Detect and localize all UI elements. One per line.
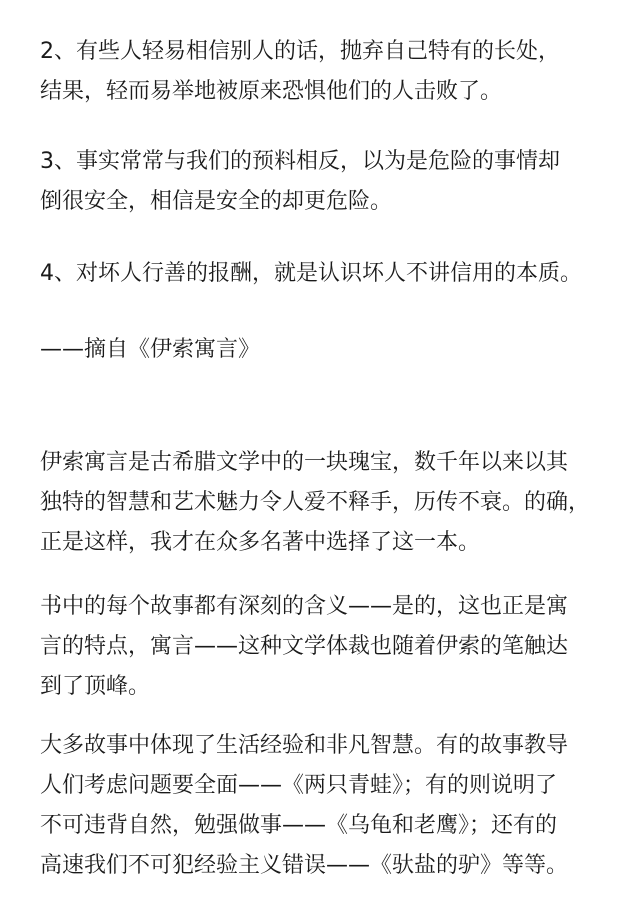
text-line: 2、有些人轻易相信别人的话，抛弃自己特有的长处， — [40, 32, 620, 72]
attribution: ——摘自《伊索寓言》 — [40, 330, 620, 370]
text-line: 大多故事中体现了生活经验和非凡智慧。有的故事教导 — [40, 726, 620, 766]
quote-paragraph-2: 2、有些人轻易相信别人的话，抛弃自己特有的长处， 结果，轻而易举地被原来恐惧他们… — [40, 32, 620, 112]
text-line: 人们考虑问题要全面——《两只青蛙》；有的则说明了 — [40, 766, 620, 806]
quote-paragraph-4: 4、对坏人行善的报酬，就是认识坏人不讲信用的本质。 — [40, 254, 620, 294]
text-line: 4、对坏人行善的报酬，就是认识坏人不讲信用的本质。 — [40, 254, 620, 294]
essay-paragraph-2: 书中的每个故事都有深刻的含义——是的，这也正是寓 言的特点，寓言——这种文学体裁… — [40, 587, 620, 707]
text-line: 正是这样，我才在众多名著中选择了这一本。 — [40, 523, 620, 563]
text-line: 言的特点，寓言——这种文学体裁也随着伊索的笔触达 — [40, 627, 620, 667]
text-line: 书中的每个故事都有深刻的含义——是的，这也正是寓 — [40, 587, 620, 627]
text-line: 不可违背自然，勉强做事——《乌龟和老鹰》；还有的 — [40, 806, 620, 846]
text-line: 倒很安全，相信是安全的却更危险。 — [40, 182, 620, 222]
text-line: 高速我们不可犯经验主义错误——《驮盐的驴》等等。 — [40, 846, 620, 886]
text-line: 伊索寓言是古希腊文学中的一块瑰宝，数千年以来以其 — [40, 443, 620, 483]
text-line: 结果，轻而易举地被原来恐惧他们的人击败了。 — [40, 72, 620, 112]
essay-paragraph-1: 伊索寓言是古希腊文学中的一块瑰宝，数千年以来以其 独特的智慧和艺术魅力令人爱不释… — [40, 443, 620, 563]
text-line: 3、事实常常与我们的预料相反，以为是危险的事情却 — [40, 142, 620, 182]
essay-paragraph-3: 大多故事中体现了生活经验和非凡智慧。有的故事教导 人们考虑问题要全面——《两只青… — [40, 726, 620, 886]
attribution-text: ——摘自《伊索寓言》 — [40, 330, 620, 370]
quote-paragraph-3: 3、事实常常与我们的预料相反，以为是危险的事情却 倒很安全，相信是安全的却更危险… — [40, 142, 620, 222]
text-line: 独特的智慧和艺术魅力令人爱不释手，历传不衰。的确， — [40, 483, 620, 523]
text-line: 到了顶峰。 — [40, 667, 620, 707]
